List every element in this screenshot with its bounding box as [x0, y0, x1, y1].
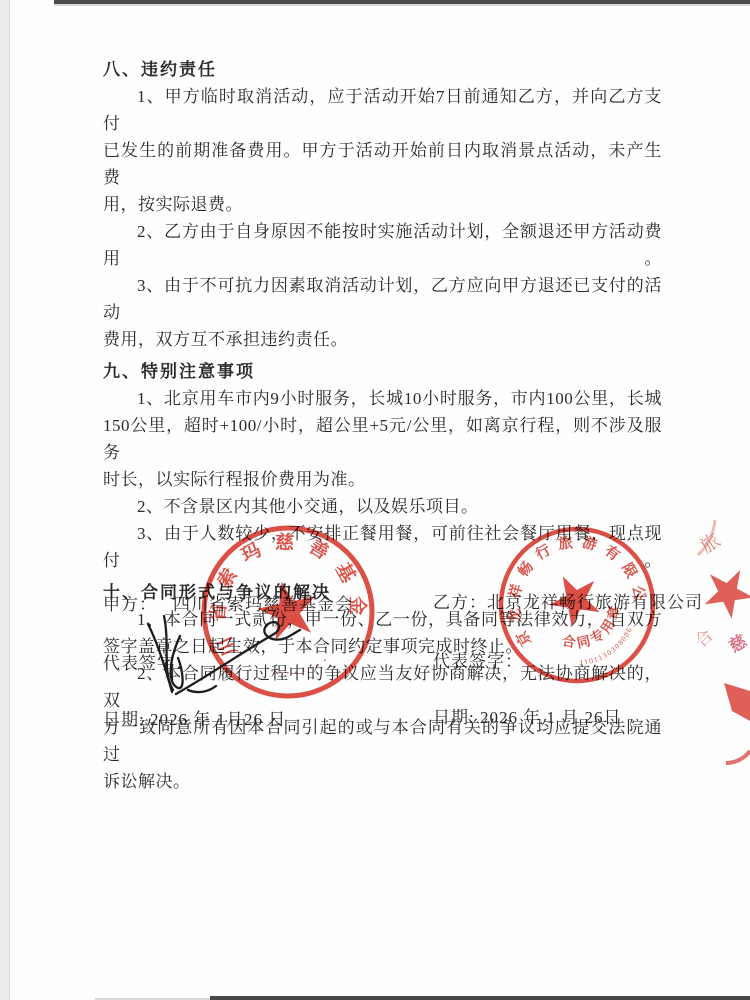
contract-line: 150公里，超时+100/小时，超公里+5元/公里，如离京行程，则不涉及服务 — [103, 412, 662, 466]
contract-line: 用，按实际退费。 — [103, 191, 662, 218]
contract-line: 已发生的前期准备费用。甲方于活动开始前日内取消景点活动，未产生费 — [103, 137, 662, 191]
contract-page: 八、违约责任1、甲方临时取消活动，应于活动开始7日前通知乙方，并向乙方支付已发生… — [0, 0, 750, 1000]
edge-seal-char-2: 合 — [691, 626, 716, 651]
edge-seal-arc-small — [726, 751, 750, 763]
contract-line: 1、北京用车市内9小时服务，长城10小时服务，市内100公里，长城 — [103, 385, 662, 412]
contract-line: 3、由于不可抗力因素取消活动计划，乙方应向甲方退还已支付的活动 — [103, 272, 662, 326]
contract-line: 2、不含景区内其他小交通，以及娱乐项目。 — [103, 493, 662, 520]
edge-seal-blob — [724, 683, 750, 721]
contract-line: 时长，以实际行程报价费用为准。 — [103, 466, 662, 493]
scan-top-smudge — [54, 4, 750, 6]
contract-line: 2、乙方由于自身原因不能按时实施活动计划，全额退还甲方活动费用。 — [103, 218, 662, 272]
edge-seal-fragments: 旅 合 慈 — [690, 515, 750, 775]
edge-seal-char-3: 慈 — [725, 631, 750, 657]
section-heading: 八、违约责任 — [103, 56, 662, 83]
party-b-seal-stamp: 北京龙祥畅行旅游有限公司 合同专用章 1101130308086 — [494, 522, 660, 688]
contract-line: 1、甲方临时取消活动，应于活动开始7日前通知乙方，并向乙方支付 — [103, 83, 662, 137]
party-b-date: 日期: 2026 年 1 月 26日 — [433, 703, 621, 728]
scan-bottom-edge — [210, 996, 750, 1000]
party-a-date: 日期: 2026 年 1月26 日 — [103, 705, 286, 730]
contract-line: 诉讼解决。 — [103, 768, 662, 795]
party-b-label: 乙方： — [433, 593, 487, 612]
contract-line: 费用，双方互不承担违约责任。 — [103, 326, 662, 353]
party-a-handwritten-signature — [128, 610, 318, 702]
scan-left-edge — [0, 0, 10, 1000]
section-heading: 九、特别注意事项 — [103, 358, 662, 385]
edge-seal-star — [703, 565, 750, 622]
